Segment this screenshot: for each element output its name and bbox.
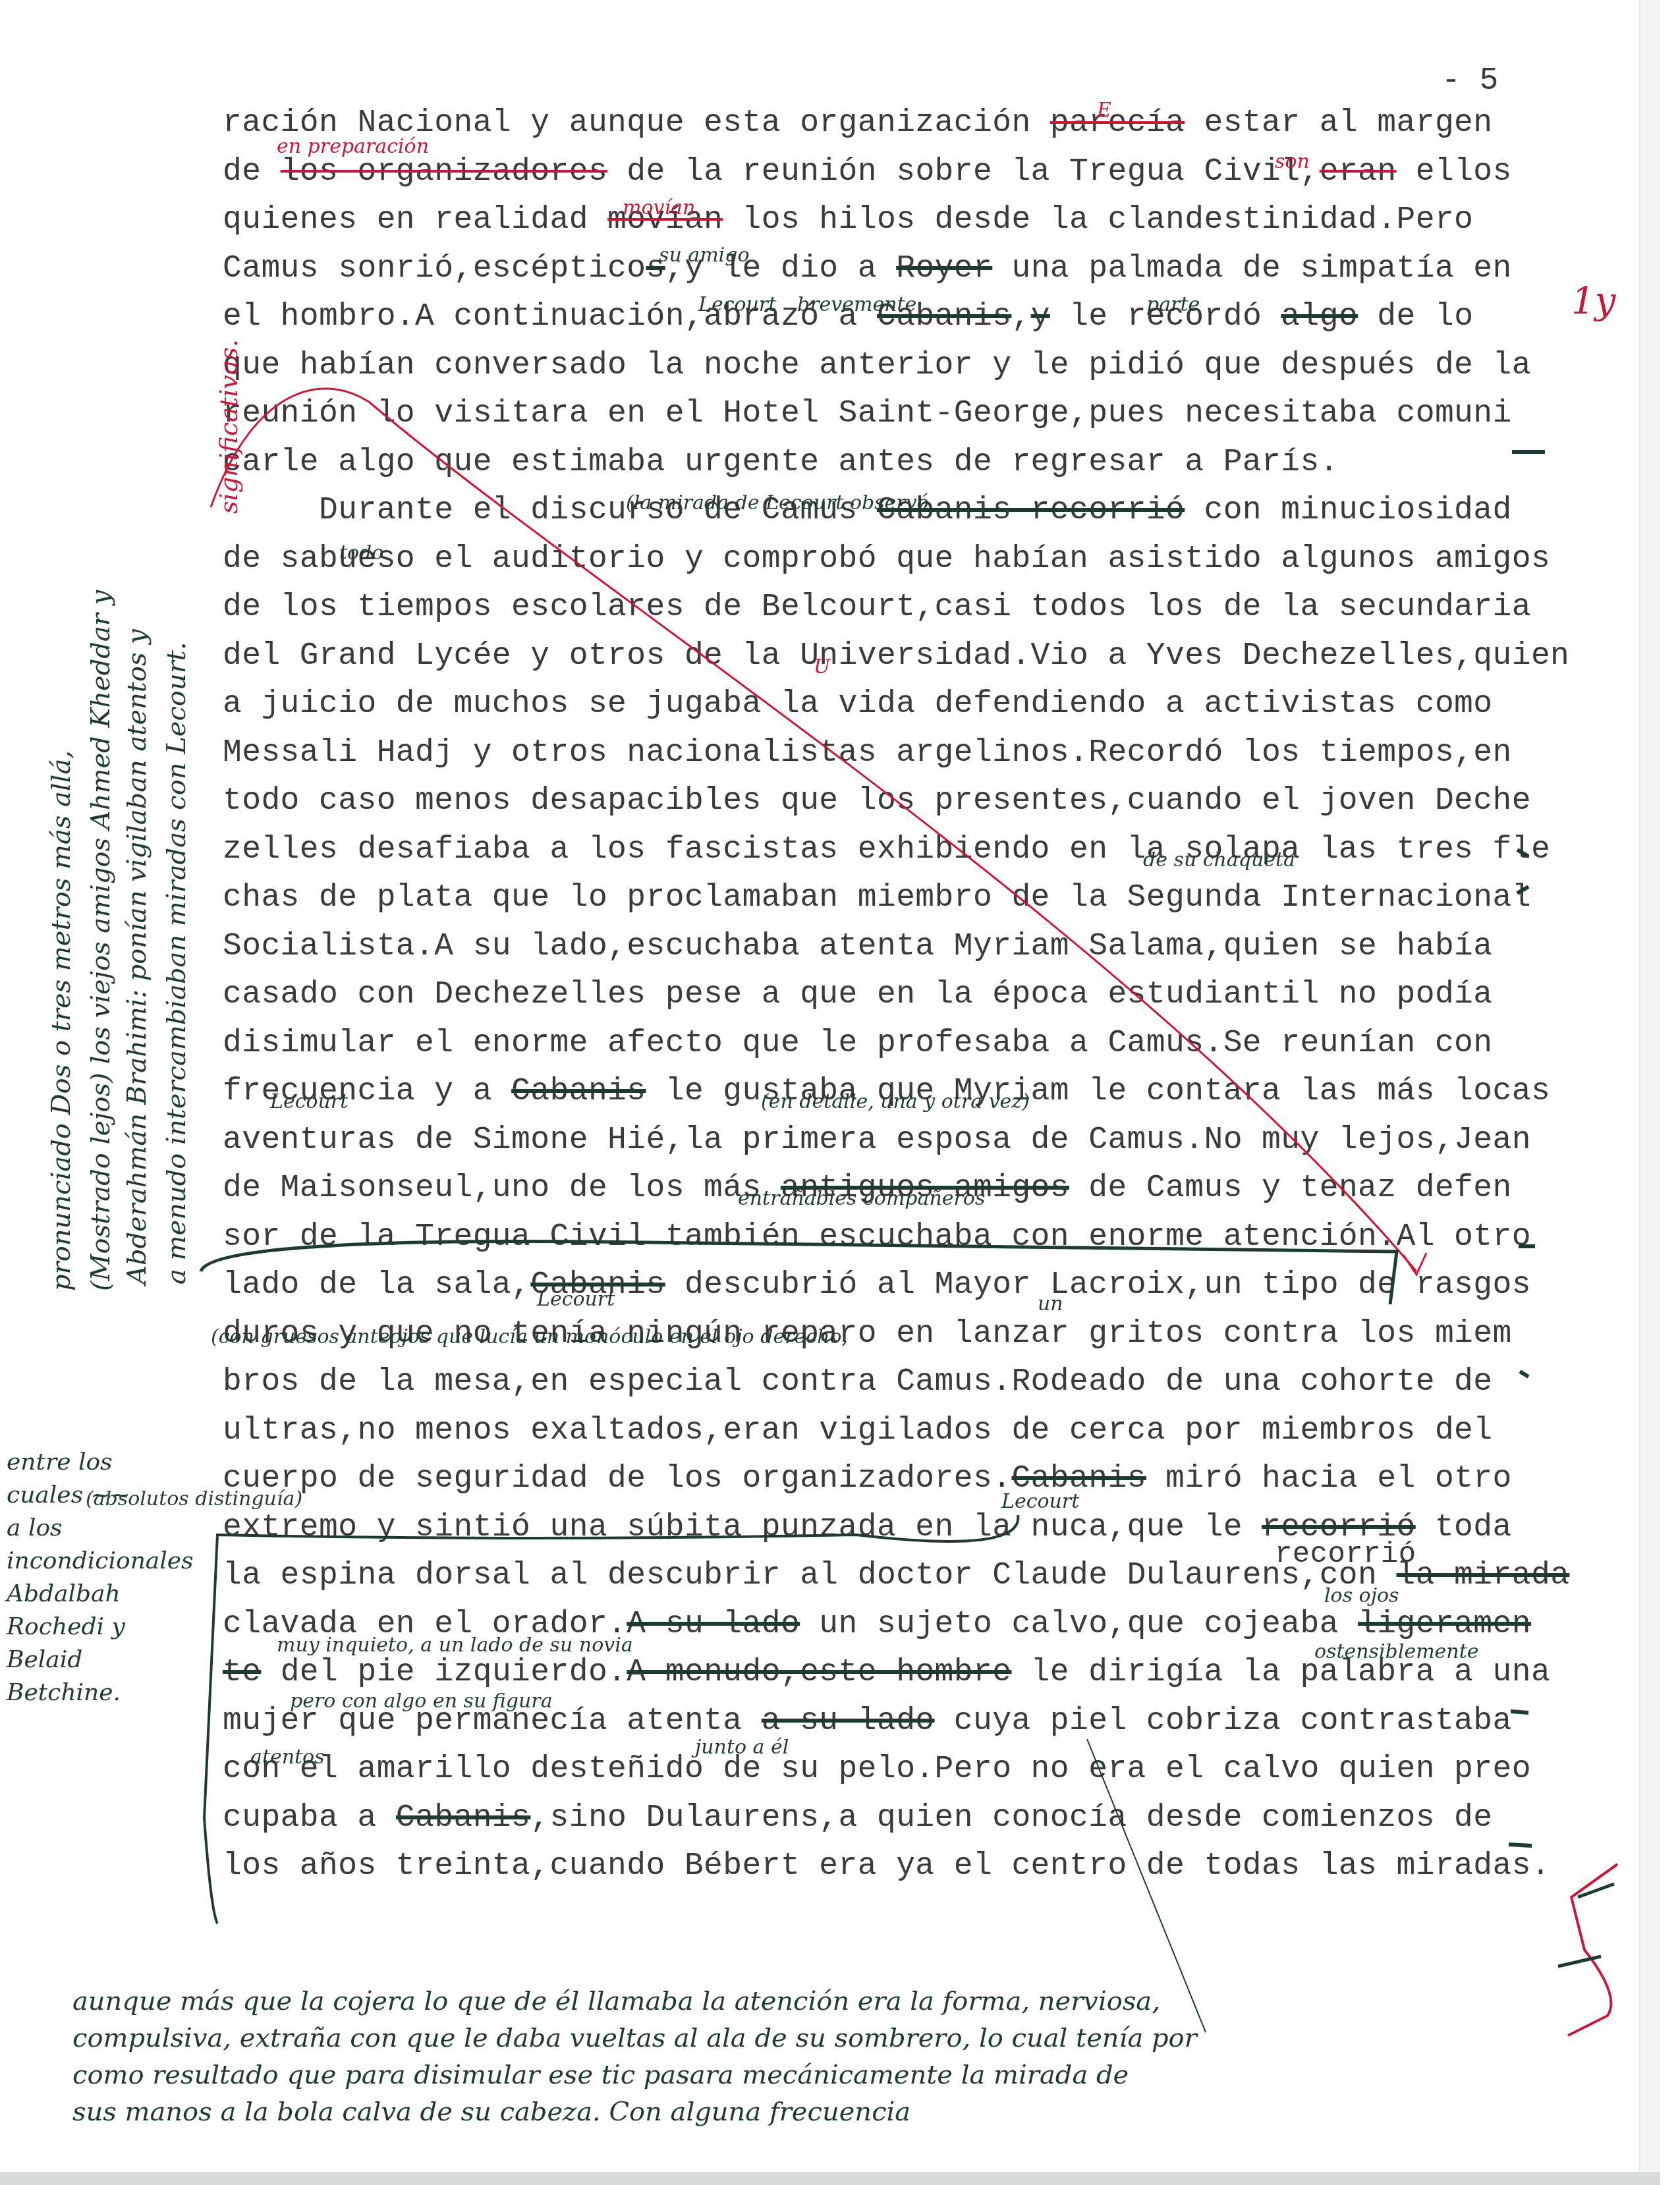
typed-line: disimular el enorme afecto que le profes… (223, 1026, 1493, 1061)
struck-text: ligeramen (1358, 1607, 1531, 1642)
handwritten-annotation: atentos (250, 1746, 325, 1769)
page-number: - 5 (1442, 63, 1498, 99)
note-line: a los (7, 1512, 191, 1545)
handwritten-annotation: ostensiblemente (1314, 1640, 1478, 1663)
typed-line: que habían conversado la noche anterior … (223, 348, 1531, 383)
struck-text: algo (1281, 299, 1358, 335)
typed-text: estar al margen (1185, 105, 1492, 141)
typed-line: Messali Hadj y otros nacionalistas argel… (223, 735, 1512, 771)
struck-text: Cabanis (511, 1074, 646, 1109)
typed-text: de (223, 154, 281, 190)
handwritten-annotation: entrañables compañeros (738, 1187, 985, 1210)
typed-line: bros de la mesa,en especial contra Camus… (223, 1364, 1493, 1400)
note-line: compulsiva, extraña con que le daba vuel… (72, 2020, 1509, 2057)
typed-text: bros de la mesa,en especial contra Camus… (223, 1364, 1493, 1400)
typed-text: chas de plata que lo proclamaban miembro… (223, 880, 1531, 916)
handwritten-annotation: (con gruesos anteojos que lucía un monóc… (211, 1325, 848, 1348)
typed-line: todo caso menos desapacibles que los pre… (223, 783, 1531, 819)
typed-line: del Grand Lycée y otros de la Universida… (223, 638, 1569, 674)
typed-text: de lo (1358, 299, 1473, 335)
handwritten-annotation: Lecourt (270, 1090, 348, 1113)
typed-text: de Maisonseul,uno de los más (223, 1171, 781, 1206)
typed-text: reunión lo visitara en el Hotel Saint-Ge… (223, 396, 1512, 431)
vertical-note-line: a menudo intercambiaban miradas con Leco… (161, 642, 192, 1285)
typed-line: cuerpo de seguridad de los organizadores… (223, 1461, 1512, 1497)
note-line: sus manos a la bola calva de su cabeza. … (72, 2093, 1509, 2130)
typed-text: una palmada de simpatía en (992, 251, 1512, 287)
note-line: incondicionales (7, 1545, 191, 1578)
handwritten-annotation: un (1038, 1292, 1063, 1315)
handwritten-annotation: los ojos (1324, 1584, 1399, 1607)
typed-text: el hombro.A continuación,abrazó a (223, 299, 877, 335)
note-line: cuales ~~ (7, 1479, 191, 1512)
typed-text: de la reunión sobre la Tregua Civil, (607, 154, 1320, 190)
note-line: Belaid (7, 1644, 191, 1676)
manuscript-page: - 5 ración Nacional y aunque esta organi… (0, 0, 1660, 2185)
handwritten-annotation: (la mirada de Lecourt observó (626, 491, 929, 514)
typed-line: de los tiempos escolares de Belcourt,cas… (223, 590, 1531, 625)
handwritten-annotation: (en detalle, una y otra vez) (761, 1090, 1030, 1113)
handwritten-annotation: movían (623, 196, 695, 219)
struck-text: la mirada (1397, 1558, 1570, 1593)
handwritten-annotation: brevemente (797, 293, 916, 316)
typed-text: ,sino Dulaurens,a quien conocía desde co… (530, 1800, 1492, 1836)
typed-line: los años treinta,cuando Bébert era ya el… (223, 1848, 1550, 1884)
typed-text: que habían conversado la noche anterior … (223, 348, 1531, 383)
typed-line: carle algo que estimaba urgente antes de… (223, 445, 1339, 480)
note-line: entre los (7, 1446, 191, 1479)
typed-text: los años treinta,cuando Bébert era ya el… (223, 1848, 1550, 1884)
typed-line: a juicio de muchos se jugaba la vida def… (223, 686, 1493, 722)
struck-text: A menudo,este hombre (627, 1655, 1011, 1690)
typed-text: toda (1416, 1510, 1512, 1545)
handwritten-annotation: en preparación (277, 135, 429, 158)
note-line: Betchine. (7, 1676, 191, 1709)
handwritten-annotation: junto a él (695, 1736, 789, 1759)
typed-line: de los organizadores de la reunión sobre… (223, 154, 1512, 190)
typed-text: frecuencia y a (223, 1074, 511, 1109)
scan-right-edge (1639, 0, 1660, 2185)
typed-line: ultras,no menos exaltados,eran vigilados… (223, 1413, 1493, 1449)
struck-text: te (223, 1655, 261, 1690)
typed-text: cupaba a (223, 1800, 396, 1836)
typed-text: sor de la Tregua Civil también escuchaba… (223, 1219, 1531, 1255)
typed-line: zelles desafiaba a los fascistas exhibie… (223, 832, 1550, 868)
typed-text: Socialista.A su lado,escuchaba atenta My… (223, 929, 1493, 964)
vertical-note-line: (Mostrado lejos) los viejos amigos Ahmed… (86, 590, 116, 1291)
bottom-handwritten-insert: aunque más que la cojera lo que de él ll… (72, 1983, 1509, 2130)
handwritten-annotation: todo (339, 541, 383, 565)
typed-text: zelles desafiaba a los fascistas exhibie… (223, 832, 1550, 868)
struck-text: los organizadores (281, 154, 607, 190)
left-margin-red-note: significativas. (214, 339, 243, 514)
typed-text: de sabueso el auditorio y comprobó que h… (223, 541, 1550, 577)
typed-text: del Grand Lycée y otros de la Universida… (223, 638, 1569, 674)
typed-text: ellos (1397, 154, 1512, 190)
handwritten-annotation: de su chaqueta (1143, 848, 1295, 871)
struck-text: y (1031, 299, 1050, 335)
typed-text: de los tiempos escolares de Belcourt,cas… (223, 590, 1531, 625)
handwritten-annotation: recorrió (1275, 1538, 1416, 1571)
typed-text: los hilos desde la clandestinidad.Pero (723, 202, 1473, 238)
typed-text: extremo y sintió una súbita punzada en l… (223, 1510, 1262, 1545)
typed-line: chas de plata que lo proclamaban miembro… (223, 880, 1531, 916)
struck-text: a su lado (762, 1703, 935, 1739)
typed-text: casado con Dechezelles pese a que en la … (223, 977, 1493, 1012)
typed-text: del pie izquierdo. (261, 1655, 627, 1690)
handwritten-annotation: su amigo (659, 244, 749, 267)
typed-text: todo caso menos desapacibles que los pre… (223, 783, 1531, 819)
note-line: como resultado que para disimular ese ti… (72, 2057, 1509, 2093)
typed-line: Camus sonrió,escépticos,y le dio a Royer… (223, 251, 1512, 287)
note-line: aunque más que la cojera lo que de él ll… (72, 1983, 1509, 2020)
typed-text: cuerpo de seguridad de los organizadores… (223, 1461, 1011, 1497)
typed-text: carle algo que estimaba urgente antes de… (223, 445, 1339, 480)
typed-text: con minuciosidad (1185, 493, 1511, 528)
typed-text: descubrió al Mayor Lacroix,un tipo de ra… (665, 1267, 1531, 1303)
typed-text: un sujeto calvo,que cojeaba (800, 1607, 1358, 1642)
typed-line: de sabueso el auditorio y comprobó que h… (223, 541, 1550, 577)
typed-line: aventuras de Simone Hié,la primera espos… (223, 1122, 1531, 1158)
left-margin-lower-note: entre loscuales ~~a losincondicionalesAb… (7, 1446, 191, 1709)
typed-text: de Camus y tenaz defen (1069, 1171, 1512, 1206)
typed-text: cuya piel cobriza contrastaba (935, 1703, 1512, 1739)
note-line: Rochedi y (7, 1611, 191, 1644)
handwritten-annotation: Lecourt (1001, 1490, 1079, 1513)
typed-line: casado con Dechezelles pese a que en la … (223, 977, 1493, 1012)
typed-line: reunión lo visitara en el Hotel Saint-Ge… (223, 396, 1512, 431)
typed-line: con el amarillo desteñido de su pelo.Per… (223, 1752, 1531, 1787)
typed-text: a juicio de muchos se jugaba la vida def… (223, 686, 1493, 722)
handwritten-annotation: parte (1146, 293, 1200, 316)
typed-text: lado de la sala, (223, 1267, 530, 1303)
vertical-note-line: Abderahmán Brahimi: ponían vigilaban ate… (122, 629, 152, 1285)
scan-bottom-edge (0, 2172, 1660, 2185)
typed-line: cupaba a Cabanis,sino Dulaurens,a quien … (223, 1800, 1493, 1836)
typed-text: Camus sonrió,escéptico (223, 251, 646, 287)
typed-text: con el amarillo desteñido de su pelo.Per… (223, 1752, 1531, 1787)
handwritten-annotation: E (1097, 99, 1111, 122)
typed-line: Socialista.A su lado,escuchaba atenta My… (223, 929, 1493, 964)
vertical-note-line: pronunciado Dos o tres metros más allá, (46, 750, 76, 1291)
red-end-bracket (1568, 1864, 1617, 2035)
handwritten-annotation: U (814, 655, 830, 678)
handwritten-annotation: Lecourt (698, 293, 776, 316)
handwritten-annotation: muy inquieto, a un lado de su novia (277, 1634, 633, 1657)
typed-text: , (1011, 299, 1030, 335)
struck-text: A su lado (627, 1607, 800, 1642)
struck-text: Royer (896, 251, 992, 287)
typed-line: lado de la sala,Cabanis descubrió al May… (223, 1267, 1531, 1303)
typed-text: Messali Hadj y otros nacionalistas argel… (223, 735, 1512, 771)
typed-text: la espina dorsal al descubrir al doctor … (223, 1558, 1397, 1593)
margin-mark-red: 1y (1571, 280, 1615, 323)
typed-text: disimular el enorme afecto que le profes… (223, 1026, 1493, 1061)
struck-text: Cabanis (396, 1800, 530, 1836)
struck-text: parecía (1050, 105, 1185, 141)
typed-text: aventuras de Simone Hié,la primera espos… (223, 1122, 1531, 1158)
handwritten-annotation: son (1275, 150, 1310, 173)
struck-text: eran (1320, 154, 1397, 190)
note-line: Abdalbah (7, 1578, 191, 1611)
typed-text: miró hacia el otro (1146, 1461, 1512, 1497)
handwritten-annotation: pero con algo en su figura (290, 1690, 553, 1713)
handwritten-annotation: Lecourt (537, 1288, 615, 1311)
typed-line: quienes en realidad movían los hilos des… (223, 202, 1473, 238)
typed-text: quienes en realidad (223, 202, 607, 238)
typed-text: ultras,no menos exaltados,eran vigilados… (223, 1413, 1493, 1449)
typed-line: sor de la Tregua Civil también escuchaba… (223, 1219, 1531, 1255)
